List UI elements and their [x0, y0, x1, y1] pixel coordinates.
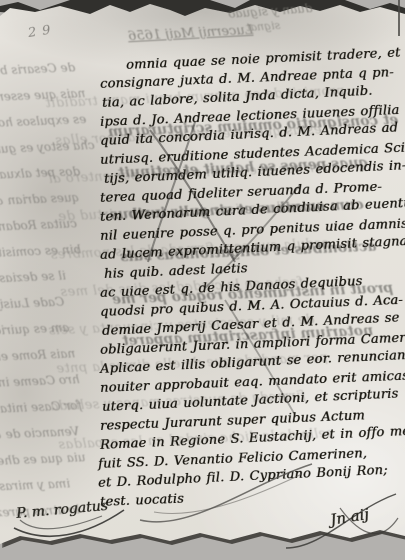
manuscript-text-line: his quib. adest laetis [104, 261, 248, 282]
manuscript-scan: de Cesaris br nais que essen es expulsos… [0, 0, 405, 560]
